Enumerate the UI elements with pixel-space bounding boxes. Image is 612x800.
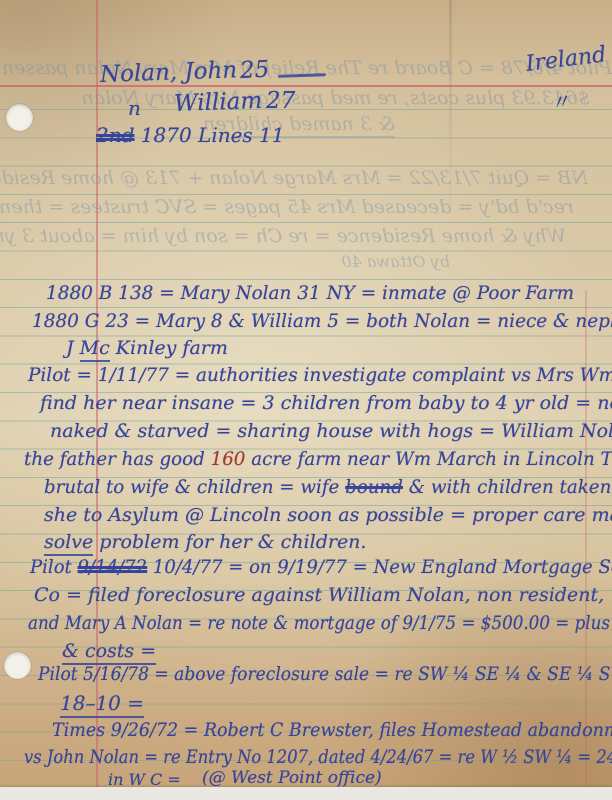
- foreclosure-line1: Pilot 9/14/72 10/4/77 = on 9/19/77 = New…: [30, 556, 612, 578]
- pilot1877-line7: solve problem for her & children.: [44, 531, 366, 553]
- text: 10/4/77 = on 9/19/77 = New England Mortg…: [147, 556, 612, 578]
- census1870-row3-text: 1870 Lines 11: [141, 123, 285, 147]
- text: the father has good: [24, 448, 211, 470]
- struck-text: 9/14/72: [78, 556, 148, 578]
- pilot1877-line1: Pilot = 1/11/77 = authorities investigat…: [28, 364, 612, 386]
- text: problem for her & children.: [93, 531, 366, 553]
- census1870-row2-age: 27: [266, 88, 295, 114]
- bleedthrough-line: by Ottawa 40: [290, 252, 450, 271]
- times-line2: vs John Nolan = re Entry No 1207, dated …: [24, 746, 612, 768]
- census1880-line1: 1880 B 138 = Mary Nolan 31 NY = inmate @…: [46, 282, 574, 304]
- scan-edge-strip: [0, 787, 612, 800]
- red-corrected-number: 160: [211, 448, 246, 470]
- bleedthrough-line: NB = Quit 7/13/22 = Mrs Marge Nolan + 71…: [32, 167, 588, 189]
- census1870-row1-age: 25: [239, 56, 270, 83]
- underlined-text: solve: [44, 531, 93, 556]
- text: J: [66, 337, 80, 359]
- census1870-row2-ditto: n: [128, 96, 141, 120]
- bleedthrough-line: rec'd bd'y = deceased Mrs 45 pages = SVC…: [26, 196, 574, 218]
- text: Kinley farm: [110, 337, 228, 359]
- text: acre farm near Wm March in Lincoln Twp =: [245, 448, 612, 470]
- bleedthrough-line: $643.93 plus costs, re med passage Mrs M…: [30, 87, 590, 109]
- foreclosure-line2: Co = filed foreclosure against William N…: [34, 584, 604, 606]
- pilot1877-line2: find her near insane = 3 children from b…: [40, 392, 612, 414]
- pilot1877-line5: brutal to wife & children = wife bound &…: [44, 476, 612, 498]
- sale-line1: Pilot 5/16/78 = above foreclosure sale =…: [38, 663, 612, 685]
- scanned-note-page: Pilot 4/6/78 = C Board re The Relief of …: [0, 0, 612, 800]
- pilot1877-line6: she to Asylum @ Lincoln soon as possible…: [44, 504, 612, 526]
- foreclosure-line3: and Mary A Nolan = re note & mortgage of…: [28, 612, 612, 634]
- times-line1: Times 9/26/72 = Robert C Brewster, files…: [52, 719, 612, 741]
- struck-text: 2nd: [96, 123, 134, 147]
- census1880-line3: J Mc Kinley farm: [66, 337, 228, 359]
- underlined-text: & costs =: [62, 640, 156, 665]
- pilot1877-line4: the father has good 160 acre farm near W…: [24, 448, 612, 470]
- census1870-row1-name: Nolan, John: [100, 57, 238, 88]
- pilot1877-line3: naked & starved = sharing house with hog…: [50, 420, 612, 442]
- times-line4: (@ West Point office): [202, 768, 382, 788]
- bleedthrough-line: Why & home Residence = re Ch = son by hi…: [32, 225, 566, 247]
- punch-hole-top: [6, 104, 33, 131]
- underlined-text: Mc: [80, 337, 110, 362]
- punch-hole-bottom: [4, 652, 31, 679]
- text: Pilot: [30, 556, 78, 578]
- census1870-row3: 2nd 1870 Lines 11: [96, 123, 285, 147]
- census1880-line2: 1880 G 23 = Mary 8 & William 5 = both No…: [32, 310, 612, 332]
- census1870-row2-name: William: [174, 88, 263, 117]
- sale-line2: 18–10 =: [60, 691, 144, 715]
- struck-text: bound: [345, 476, 403, 498]
- foreclosure-line4: & costs =: [62, 640, 156, 662]
- underlined-text: 18–10 =: [60, 691, 144, 718]
- text: & with children taken to Blair: [403, 476, 612, 498]
- text: brutal to wife & children = wife: [44, 476, 345, 498]
